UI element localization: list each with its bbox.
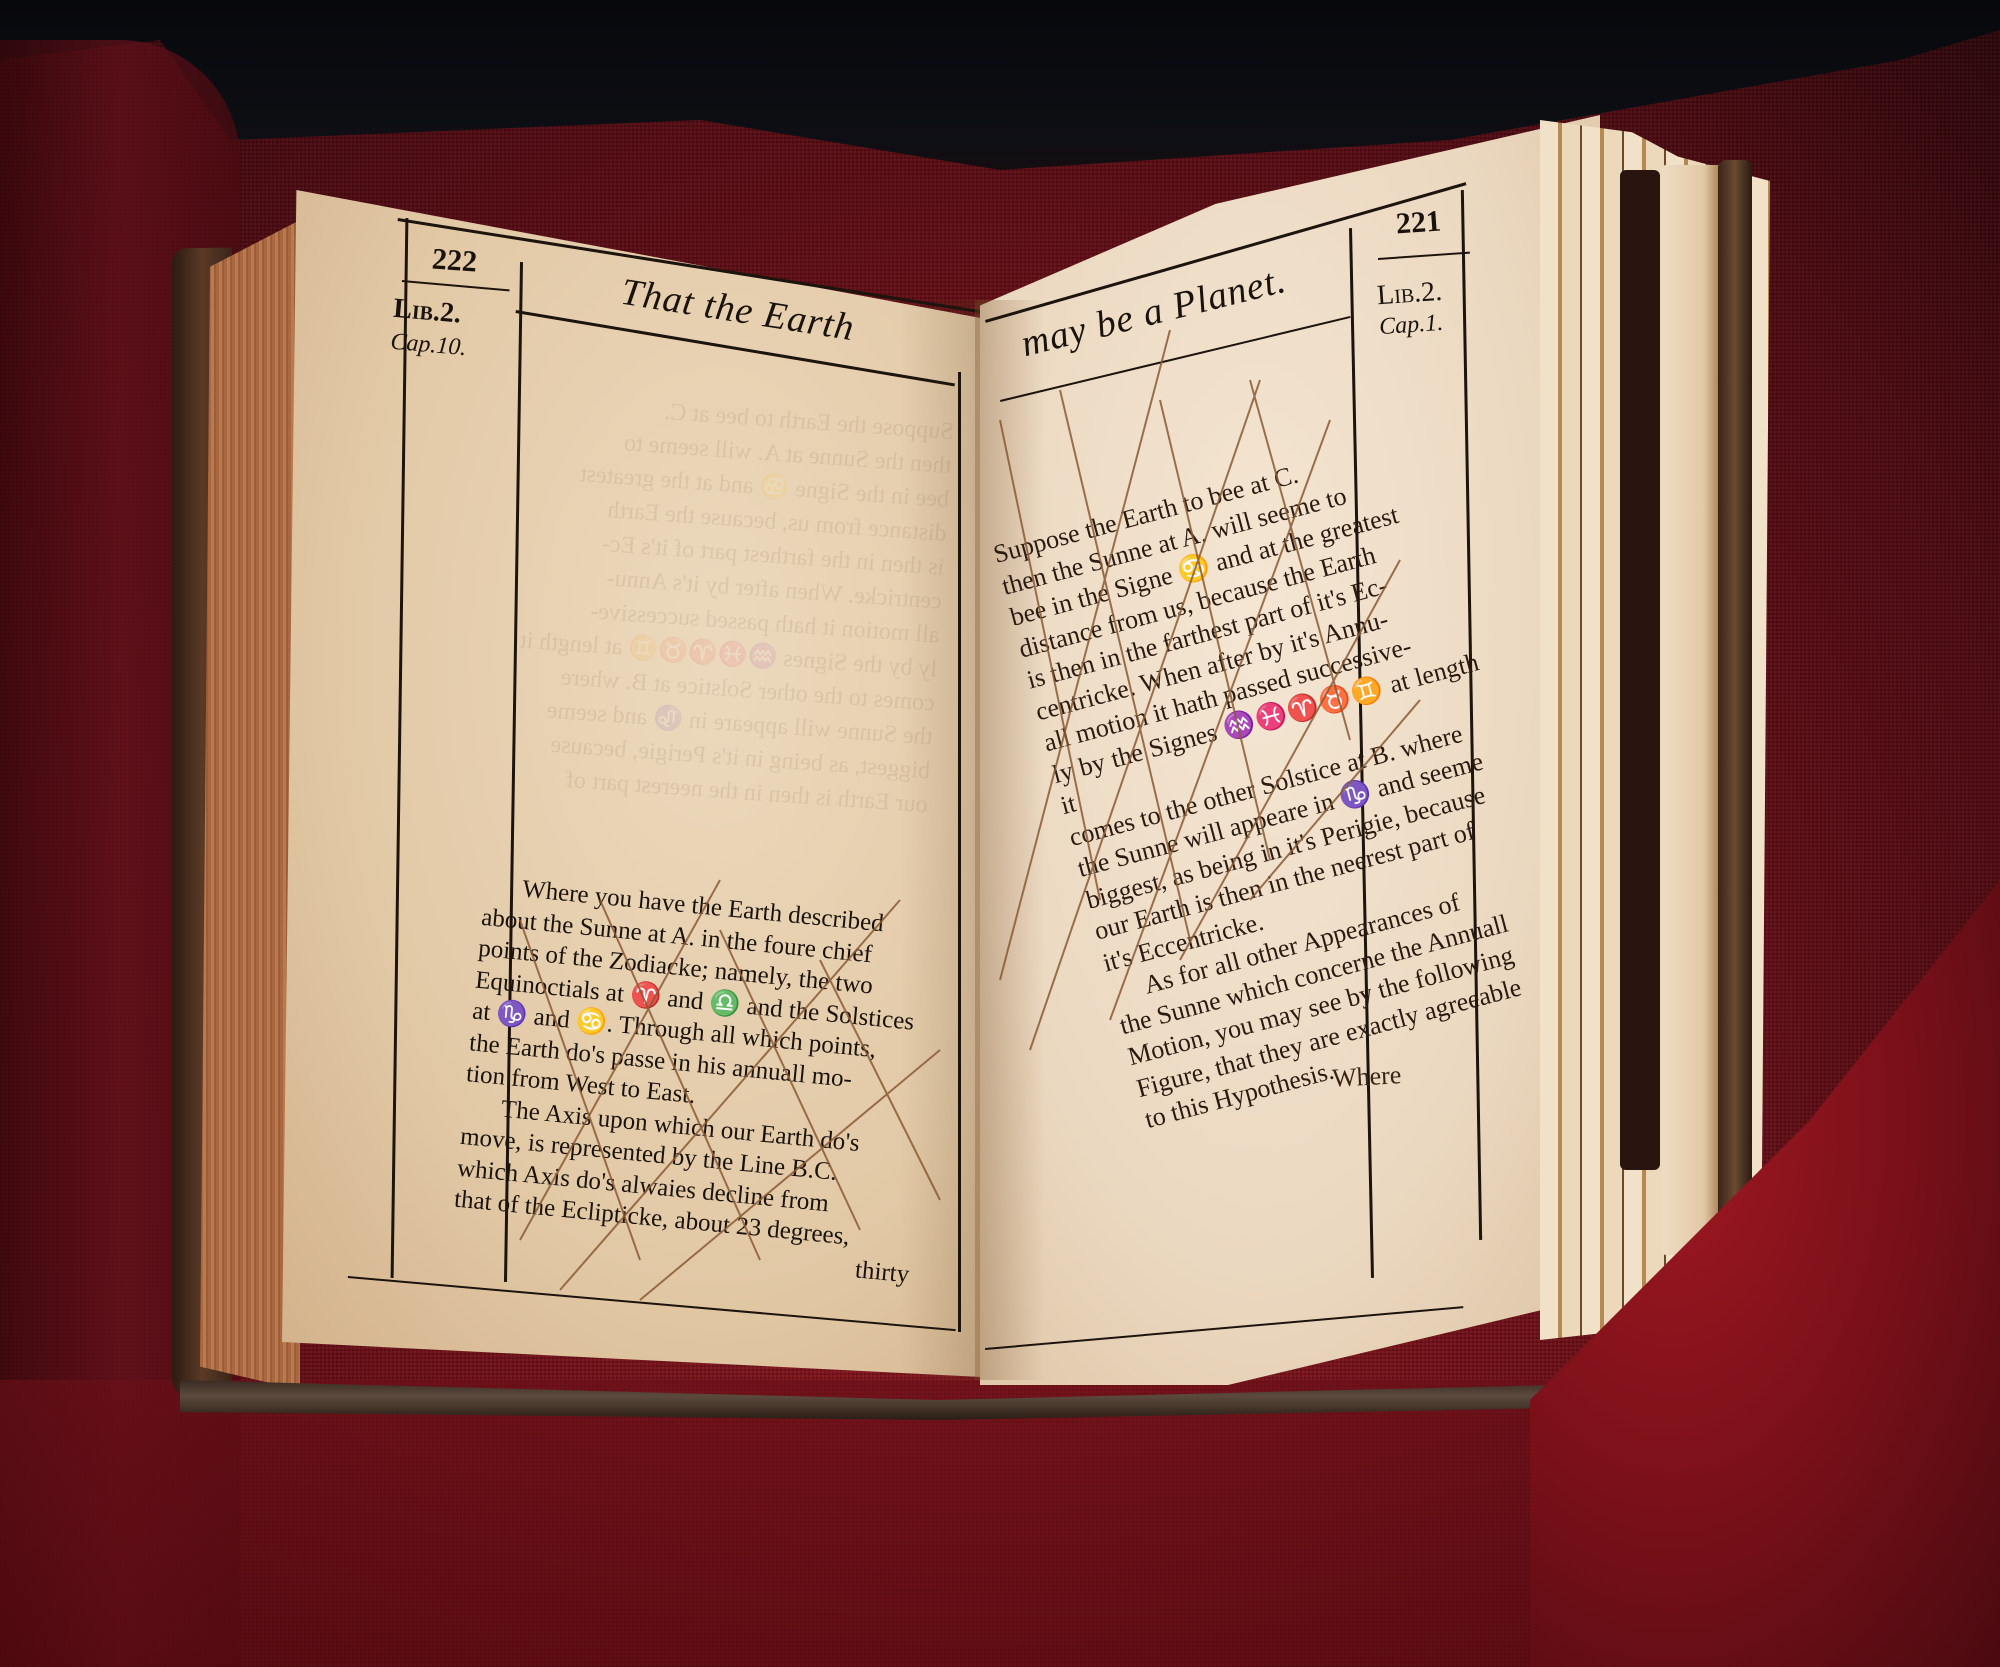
catchword-right: Where	[1331, 1060, 1402, 1094]
margin-note-left: Lib.2. Cap.10.	[389, 293, 470, 362]
paragraph: Where you have the Earth described about…	[465, 870, 944, 1134]
page-number-left: 222	[431, 242, 478, 279]
page-stack-gap	[1620, 170, 1660, 1170]
page-stack-leaf	[1662, 165, 1722, 1255]
frame-rule	[958, 372, 961, 1332]
right-page-gutter-shadow	[975, 300, 1045, 1380]
margin-book-label: Lib.2.	[1376, 276, 1443, 312]
book-spine-bottom	[180, 1380, 1760, 1420]
margin-chapter-label: Cap.1.	[1378, 310, 1445, 341]
left-page-body: Where you have the Earth described about…	[450, 870, 944, 1290]
show-through-text: Suppose the Earth to bee at C. then the …	[505, 386, 955, 854]
page-number-right: 221	[1395, 204, 1442, 241]
margin-note-right: Lib.2. Cap.1.	[1376, 276, 1445, 341]
book-cover-right	[1718, 160, 1752, 1320]
margin-book-label: Lib.2.	[392, 293, 471, 332]
